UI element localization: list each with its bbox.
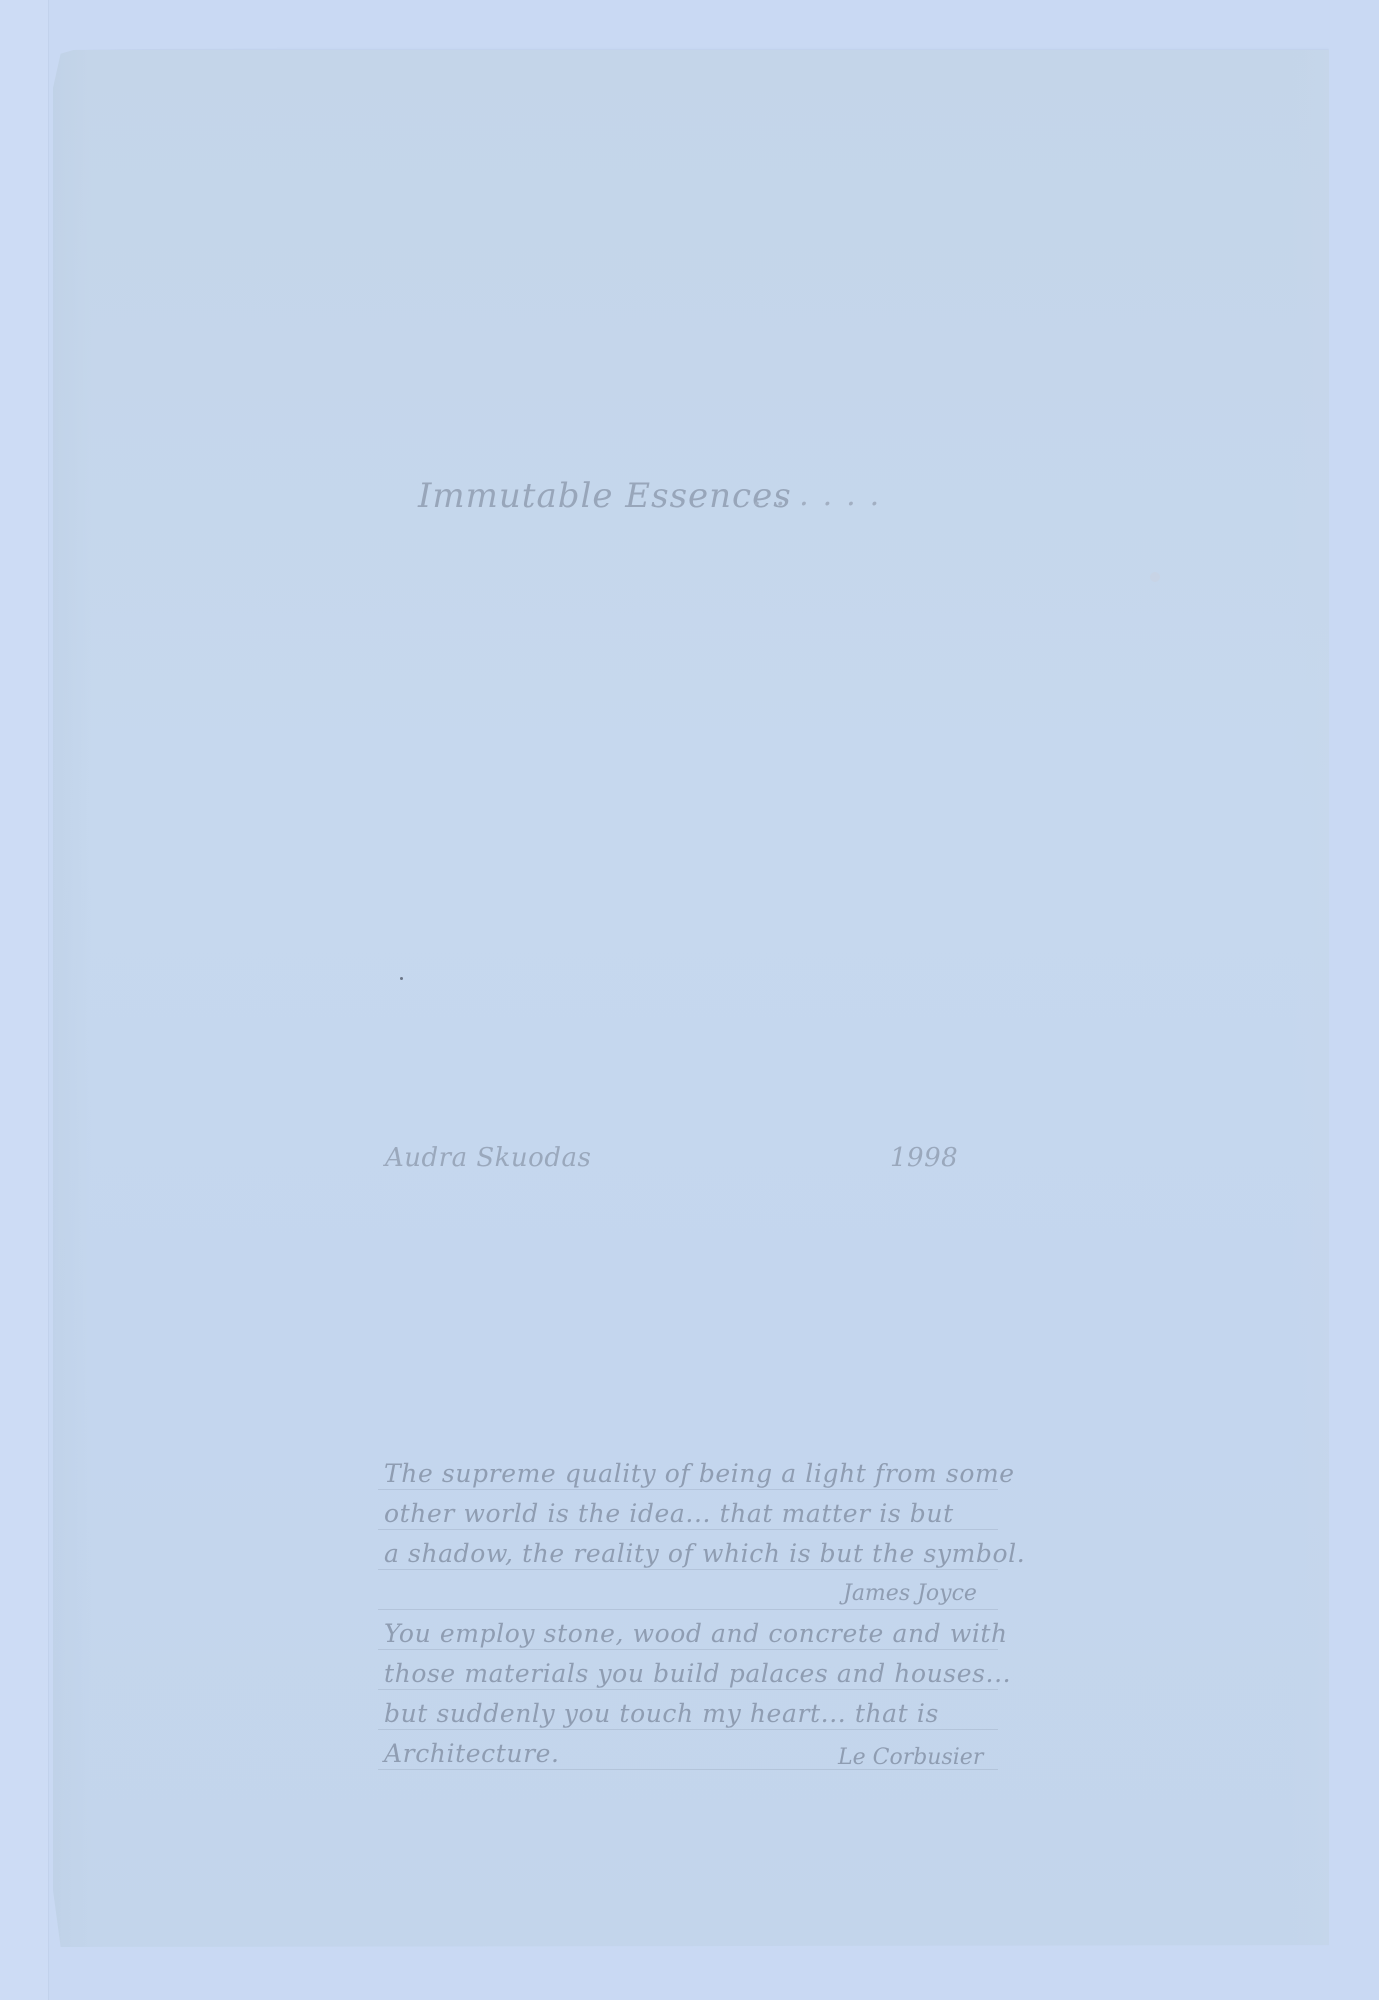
quote-joyce-line-3: a shadow, the reality of which is but th… bbox=[384, 1539, 1025, 1568]
quote-corbusier-line-1: You employ stone, wood and concrete and … bbox=[384, 1619, 1008, 1648]
artwork-title: Immutable Essences bbox=[418, 476, 792, 516]
quote-block: The supreme quality of being a light fro… bbox=[378, 1453, 998, 1783]
guide-rule bbox=[378, 1609, 998, 1610]
guide-rule bbox=[378, 1729, 998, 1730]
backdrop-fold bbox=[0, 0, 49, 2000]
artist-name: Audra Skuodas bbox=[385, 1143, 591, 1173]
quote-corbusier-line-2: those materials you build palaces and ho… bbox=[384, 1659, 1011, 1688]
quote-joyce-attribution: James Joyce bbox=[843, 1581, 977, 1606]
guide-rule bbox=[378, 1529, 998, 1530]
quote-corbusier-attribution: Le Corbusier bbox=[838, 1745, 983, 1770]
title-trailing-dots: ...... bbox=[752, 478, 893, 513]
quote-joyce-line-2: other world is the idea... that matter i… bbox=[384, 1499, 954, 1528]
guide-rule bbox=[378, 1489, 998, 1490]
quote-joyce-line-1: The supreme quality of being a light fro… bbox=[384, 1459, 1015, 1488]
artwork-year: 1998 bbox=[890, 1143, 958, 1173]
paper-speck bbox=[400, 977, 403, 980]
paper-smudge bbox=[1150, 572, 1160, 582]
quote-corbusier-line-3: but suddenly you touch my heart... that … bbox=[384, 1699, 939, 1728]
guide-rule bbox=[378, 1569, 998, 1570]
guide-rule bbox=[378, 1649, 998, 1650]
quote-corbusier-line-4: Architecture. bbox=[384, 1739, 560, 1768]
guide-rule bbox=[378, 1689, 998, 1690]
